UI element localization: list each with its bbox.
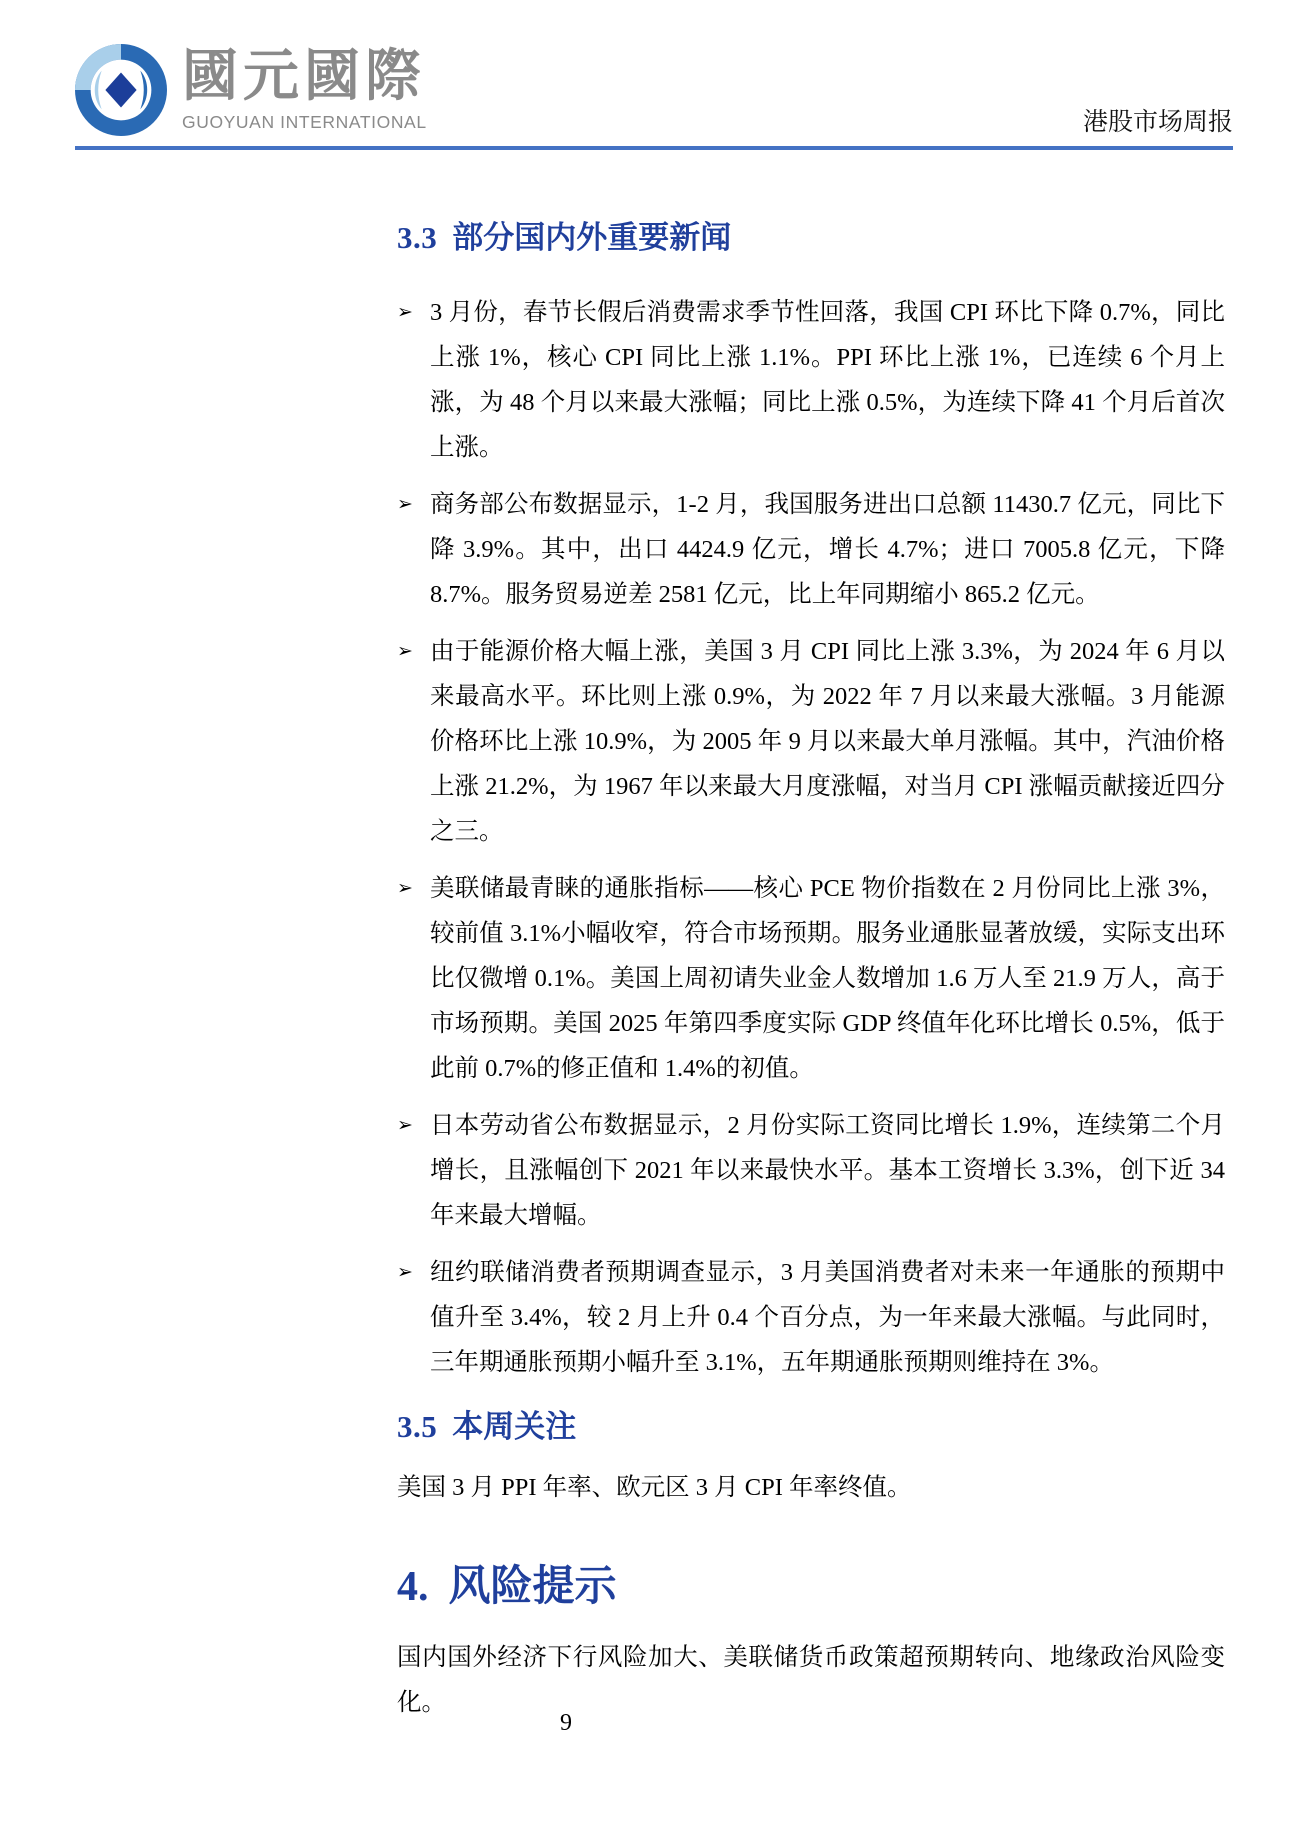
arrow-bullet-icon: ➢ <box>397 482 413 527</box>
section-number: 4. <box>397 1564 429 1610</box>
arrow-bullet-icon: ➢ <box>397 1250 413 1295</box>
news-bullet-text: 由于能源价格大幅上涨，美国 3 月 CPI 同比上涨 3.3%，为 2024 年… <box>430 638 1225 845</box>
guoyuan-logo-icon <box>75 44 167 136</box>
news-bullet-item: ➢日本劳动省公布数据显示，2 月份实际工资同比增长 1.9%，连续第二个月增长，… <box>397 1103 1225 1238</box>
logo-english-name: GUOYUAN INTERNATIONAL <box>182 112 427 133</box>
news-bullet-item: ➢由于能源价格大幅上涨，美国 3 月 CPI 同比上涨 3.3%，为 2024 … <box>397 629 1225 854</box>
arrow-bullet-icon: ➢ <box>397 290 413 335</box>
news-bullet-item: ➢纽约联储消费者预期调查显示，3 月美国消费者对未来一年通胀的预期中值升至 3.… <box>397 1250 1225 1385</box>
report-page: 國元國際 GUOYUAN INTERNATIONAL 港股市场周报 3.3部分国… <box>0 0 1306 1847</box>
document-type-label: 港股市场周报 <box>1083 102 1233 138</box>
news-bullet-item: ➢美联储最青睐的通胀指标——核心 PCE 物价指数在 2 月份同比上涨 3%，较… <box>397 866 1225 1091</box>
news-bullet-item: ➢商务部公布数据显示，1-2 月，我国服务进出口总额 11430.7 亿元，同比… <box>397 482 1225 617</box>
news-bullet-list: ➢3 月份，春节长假后消费需求季节性回落，我国 CPI 环比下降 0.7%，同比… <box>397 290 1225 1385</box>
company-logo: 國元國際 GUOYUAN INTERNATIONAL <box>75 44 427 136</box>
arrow-bullet-icon: ➢ <box>397 1103 413 1148</box>
news-bullet-text: 纽约联储消费者预期调查显示，3 月美国消费者对未来一年通胀的预期中值升至 3.4… <box>430 1259 1225 1376</box>
section-heading-risk: 4.风险提示 <box>397 1563 1225 1611</box>
news-bullet-text: 日本劳动省公布数据显示，2 月份实际工资同比增长 1.9%，连续第二个月增长，且… <box>430 1112 1225 1229</box>
risk-paragraph: 国内国外经济下行风险加大、美联储货币政策超预期转向、地缘政治风险变化。 <box>397 1635 1225 1725</box>
arrow-bullet-icon: ➢ <box>397 629 413 674</box>
section-number: 3.5 <box>397 1409 437 1444</box>
logo-chinese-name: 國元國際 <box>182 48 427 107</box>
section-heading-focus: 3.5本周关注 <box>397 1409 1225 1445</box>
section-number: 3.3 <box>397 220 437 255</box>
page-content: 3.3部分国内外重要新闻 ➢3 月份，春节长假后消费需求季节性回落，我国 CPI… <box>397 220 1225 1725</box>
news-bullet-text: 3 月份，春节长假后消费需求季节性回落，我国 CPI 环比下降 0.7%，同比上… <box>430 299 1225 461</box>
page-header: 國元國際 GUOYUAN INTERNATIONAL 港股市场周报 <box>75 44 1233 140</box>
header-divider-rule <box>75 146 1233 150</box>
news-bullet-item: ➢3 月份，春节长假后消费需求季节性回落，我国 CPI 环比下降 0.7%，同比… <box>397 290 1225 470</box>
section-title: 部分国内外重要新闻 <box>452 220 731 255</box>
section-title: 风险提示 <box>449 1564 617 1610</box>
section-title: 本周关注 <box>452 1409 576 1444</box>
focus-paragraph: 美国 3 月 PPI 年率、欧元区 3 月 CPI 年率终值。 <box>397 1465 1225 1510</box>
section-heading-news: 3.3部分国内外重要新闻 <box>397 220 1225 256</box>
page-number: 9 <box>560 1710 572 1737</box>
news-bullet-text: 商务部公布数据显示，1-2 月，我国服务进出口总额 11430.7 亿元，同比下… <box>430 491 1225 608</box>
logo-text: 國元國際 GUOYUAN INTERNATIONAL <box>182 44 427 133</box>
arrow-bullet-icon: ➢ <box>397 866 413 911</box>
news-bullet-text: 美联储最青睐的通胀指标——核心 PCE 物价指数在 2 月份同比上涨 3%，较前… <box>430 875 1225 1082</box>
